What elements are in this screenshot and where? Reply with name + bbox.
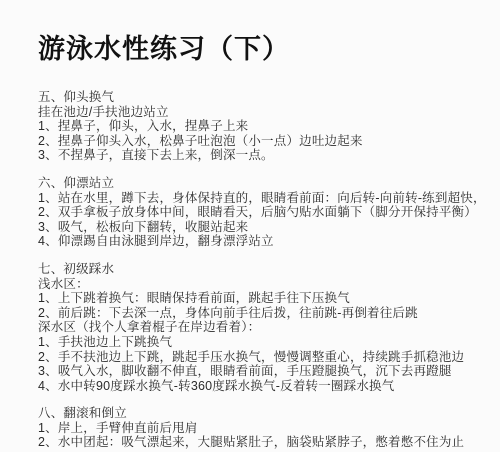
section-heading: 六、仰漂站立 bbox=[38, 176, 470, 191]
doc-line: 1、上下跳着换气：眼睛保持看前面，跳起手往下压换气 bbox=[38, 291, 470, 306]
doc-line: 2、水中团起：吸气漂起来，大腿贴紧肚子，脑袋贴紧脖子，憋着憋不住为止 bbox=[38, 435, 470, 450]
section-heading: 五、仰头换气 bbox=[38, 90, 470, 105]
doc-line: 3、不捏鼻子，直接下去上来，倒深一点。 bbox=[38, 148, 470, 163]
section-7-beginner-treading-water: 七、初级踩水 浅水区： 1、上下跳着换气：眼睛保持看前面，跳起手往下压换气 2、… bbox=[38, 262, 470, 393]
section-heading: 七、初级踩水 bbox=[38, 262, 470, 277]
section-6-back-float-stand: 六、仰漂站立 1、站在水里，蹲下去，身体保持直的，眼睛看前面：向后转-向前转-练… bbox=[38, 176, 470, 249]
section-8-roll-and-handstand: 八、翻滚和倒立 1、岸上，手臂伸直前后甩肩 2、水中团起：吸气漂起来，大腿贴紧肚… bbox=[38, 406, 470, 450]
doc-line: 3、吸气入水，脚收翻不伸直，眼睛看前面，手压蹬腿换气，沉下去再蹬腿 bbox=[38, 364, 470, 379]
doc-line: 2、手不扶池边上下跳，跳起手压水换气，慢慢调整重心，持续跳手抓稳池边 bbox=[38, 350, 470, 365]
doc-line: 2、捏鼻子仰头入水，松鼻子吐泡泡（小一点）边吐边起来 bbox=[38, 134, 470, 149]
doc-line: 2、双手拿板子放身体中间，眼睛看天，后脑勺贴水面躺下（脚分开保持平衡） bbox=[38, 205, 470, 220]
doc-line: 1、站在水里，蹲下去，身体保持直的，眼睛看前面：向后转-向前转-练到超快， bbox=[38, 191, 470, 206]
doc-line: 4、水中转90度踩水换气-转360度踩水换气-反着转一圈踩水换气 bbox=[38, 379, 470, 394]
doc-line: 3、吸气，松板向下翻转，收腿站起来 bbox=[38, 220, 470, 235]
doc-line: 1、捏鼻子，仰头，入水，捏鼻子上来 bbox=[38, 119, 470, 134]
page-title: 游泳水性练习（下） bbox=[38, 31, 470, 67]
doc-line: 挂在池边/手扶池边站立 bbox=[38, 105, 470, 120]
section-5-head-up-breathing: 五、仰头换气 挂在池边/手扶池边站立 1、捏鼻子，仰头，入水，捏鼻子上来 2、捏… bbox=[38, 90, 470, 163]
section-heading: 八、翻滚和倒立 bbox=[38, 406, 470, 421]
doc-line: 4、仰漂踢自由泳腿到岸边，翻身漂浮站立 bbox=[38, 234, 470, 249]
document-page: 游泳水性练习（下） 五、仰头换气 挂在池边/手扶池边站立 1、捏鼻子，仰头，入水… bbox=[0, 0, 500, 452]
doc-line: 深水区（找个人拿着棍子在岸边看着）： bbox=[38, 320, 470, 335]
doc-line: 2、前后跳：下去深一点，身体向前手往后拨，往前跳-再倒着往后跳 bbox=[38, 306, 470, 321]
doc-line: 1、手扶池边上下跳换气 bbox=[38, 335, 470, 350]
doc-line: 浅水区： bbox=[38, 277, 470, 292]
doc-line: 1、岸上，手臂伸直前后甩肩 bbox=[38, 421, 470, 436]
